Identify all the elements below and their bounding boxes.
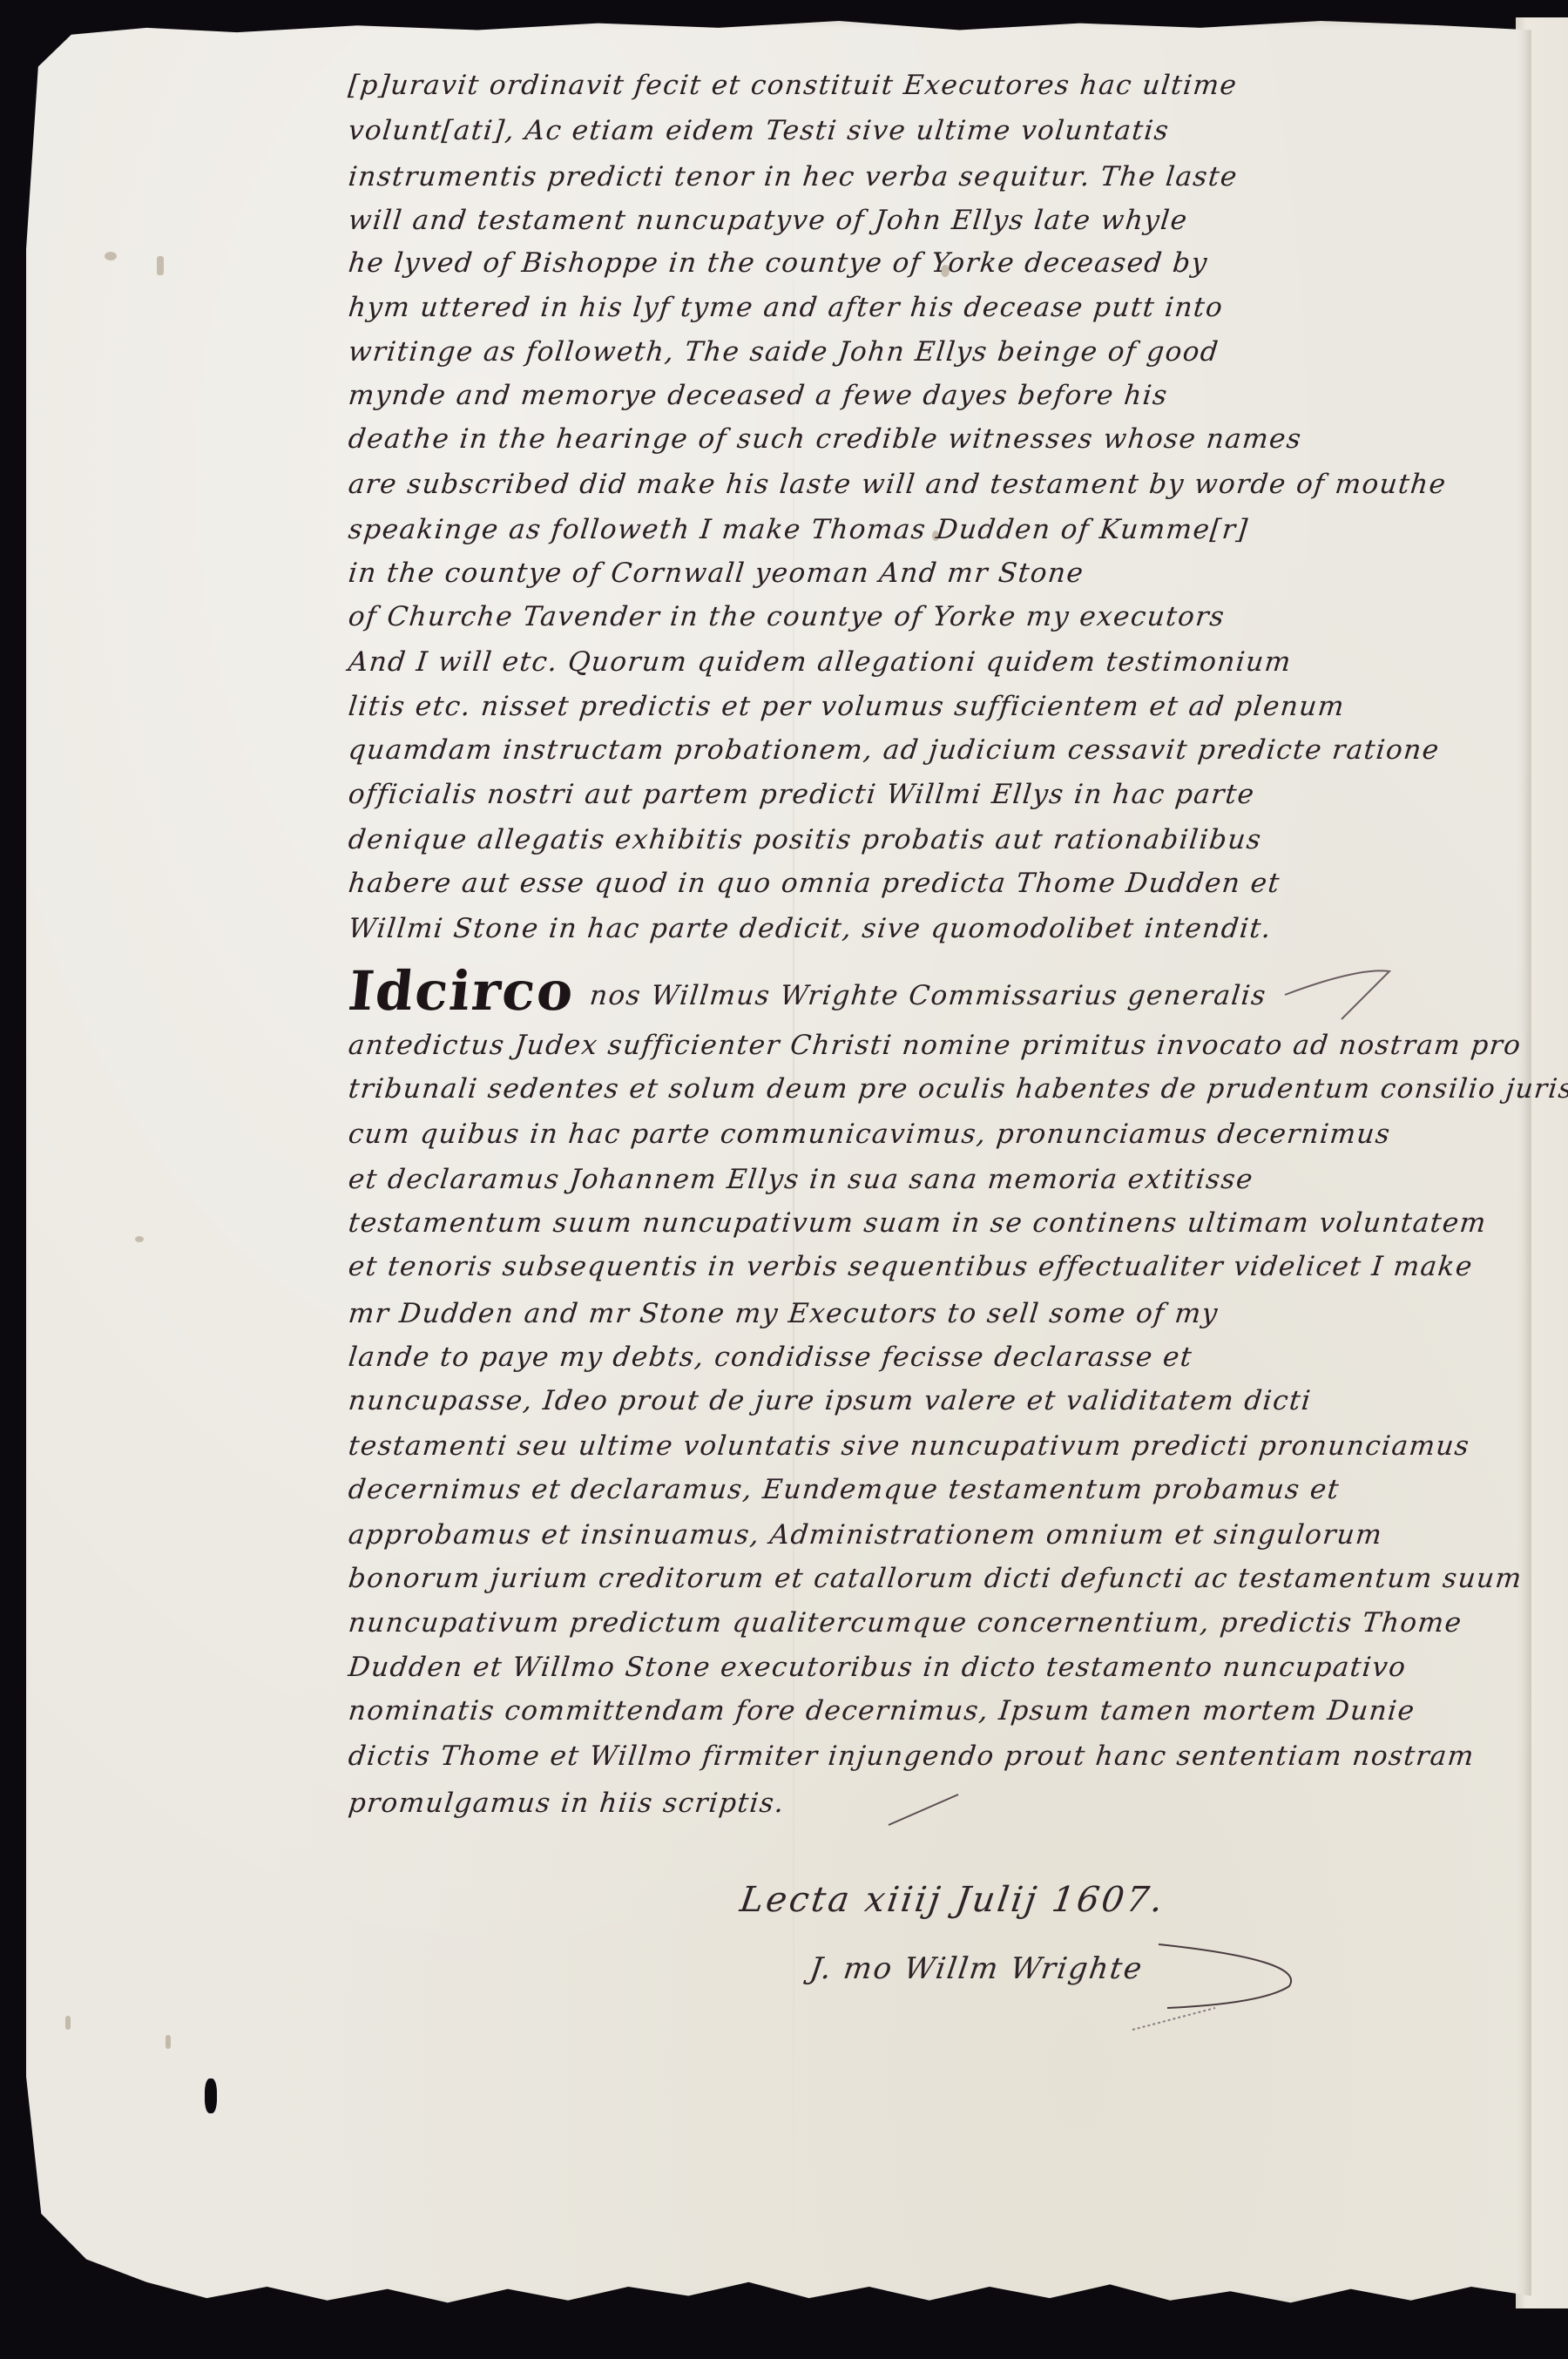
- idcirco-heading: Idcirco: [345, 959, 578, 1023]
- text-line-23: tribunali sedentes et solum deum pre ocu…: [347, 1071, 1568, 1106]
- text-line-36: Dudden et Willmo Stone executoribus in d…: [347, 1650, 1409, 1685]
- text-line-39: promulgamus in hiis scriptis.: [347, 1786, 787, 1821]
- text-line-13: of Churche Tavender in the countye of Yo…: [347, 599, 1227, 634]
- text-line-5: he lyved of Bishoppe in the countye of Y…: [347, 246, 1210, 281]
- text-line-22: antedictus Judex sufficienter Christi no…: [347, 1028, 1524, 1063]
- text-line-33: approbamus et insinuamus, Administration…: [347, 1517, 1384, 1552]
- text-line-18: denique allegatis exhibitis positis prob…: [347, 822, 1264, 857]
- text-line-4: will and testament nuncupatyve of John E…: [347, 203, 1190, 238]
- margin-stain: [65, 2016, 71, 2030]
- text-line-10: are subscribed did make his laste will a…: [347, 467, 1449, 502]
- read-date-note: Lecta xiiij Julij 1607.: [738, 1880, 1168, 1920]
- text-line-29: lande to paye my debts, condidisse fecis…: [347, 1340, 1194, 1375]
- text-line-2: volunt[ati], Ac etiam eidem Testi sive u…: [347, 113, 1172, 148]
- heading-line: Idcirconos Willmus Wrighte Commissarius …: [347, 974, 1269, 1013]
- margin-stain: [135, 1236, 144, 1242]
- text-line-35: nuncupativum predictum qualitercumque co…: [347, 1605, 1464, 1640]
- text-line-8: mynde and memorye deceased a fewe dayes …: [347, 378, 1170, 413]
- text-line-38: dictis Thome et Willmo firmiter injungen…: [347, 1739, 1477, 1774]
- text-line-12: in the countye of Cornwall yeoman And mr…: [347, 556, 1086, 591]
- text-line-25: et declaramus Johannem Ellys in sua sana…: [347, 1162, 1255, 1197]
- margin-stain: [166, 2035, 171, 2049]
- paper-hole: [205, 2078, 217, 2113]
- text-line-19: habere aut esse quod in quo omnia predic…: [347, 866, 1282, 901]
- text-line-37: nominatis committendam fore decernimus, …: [347, 1693, 1417, 1728]
- text-line-3: instrumentis predicti tenor in hec verba…: [347, 159, 1240, 194]
- margin-stain: [105, 252, 117, 260]
- text-line-26: testamentum suum nuncupativum suam in se…: [347, 1206, 1489, 1240]
- text-line-24: cum quibus in hac parte communicavimus, …: [347, 1117, 1393, 1152]
- text-line-15: litis etc. nisset predictis et per volum…: [347, 689, 1347, 724]
- text-line-9: deathe in the hearinge of such credible …: [347, 422, 1304, 456]
- text-line-7: writinge as followeth, The saide John El…: [347, 335, 1221, 369]
- commissary-signature: J. mo Willm Wrighte: [808, 1951, 1146, 1986]
- text-line-16: quamdam instructam probationem, ad judic…: [347, 733, 1442, 767]
- text-line-1: [p]uravit ordinavit fecit et constituit …: [347, 68, 1240, 103]
- text-line-14: And I will etc. Quorum quidem allegation…: [347, 645, 1294, 679]
- text-line-11: speakinge as followeth I make Thomas Dud…: [347, 512, 1250, 547]
- margin-stain: [157, 256, 164, 275]
- text-line-17: officialis nostri aut partem predicti Wi…: [347, 777, 1257, 812]
- text-line-28: mr Dudden and mr Stone my Executors to s…: [347, 1296, 1220, 1331]
- text-line-30: nuncupasse, Ideo prout de jure ipsum val…: [347, 1383, 1314, 1418]
- text-line-20: Willmi Stone in hac parte dedicit, sive …: [347, 911, 1274, 946]
- text-line-31: testamenti seu ultime voluntatis sive nu…: [347, 1429, 1472, 1463]
- text-line-32: decernimus et declaramus, Eundemque test…: [347, 1472, 1342, 1507]
- document-photograph: [p]uravit ordinavit fecit et constituit …: [0, 0, 1568, 2359]
- text-line-34: bonorum jurium creditorum et catallorum …: [347, 1561, 1524, 1596]
- heading-continuation: nos Willmus Wrighte Commissarius general…: [588, 980, 1267, 1011]
- text-line-6: hym uttered in his lyf tyme and after hi…: [347, 290, 1226, 325]
- text-line-27: et tenoris subsequentis in verbis sequen…: [347, 1249, 1475, 1284]
